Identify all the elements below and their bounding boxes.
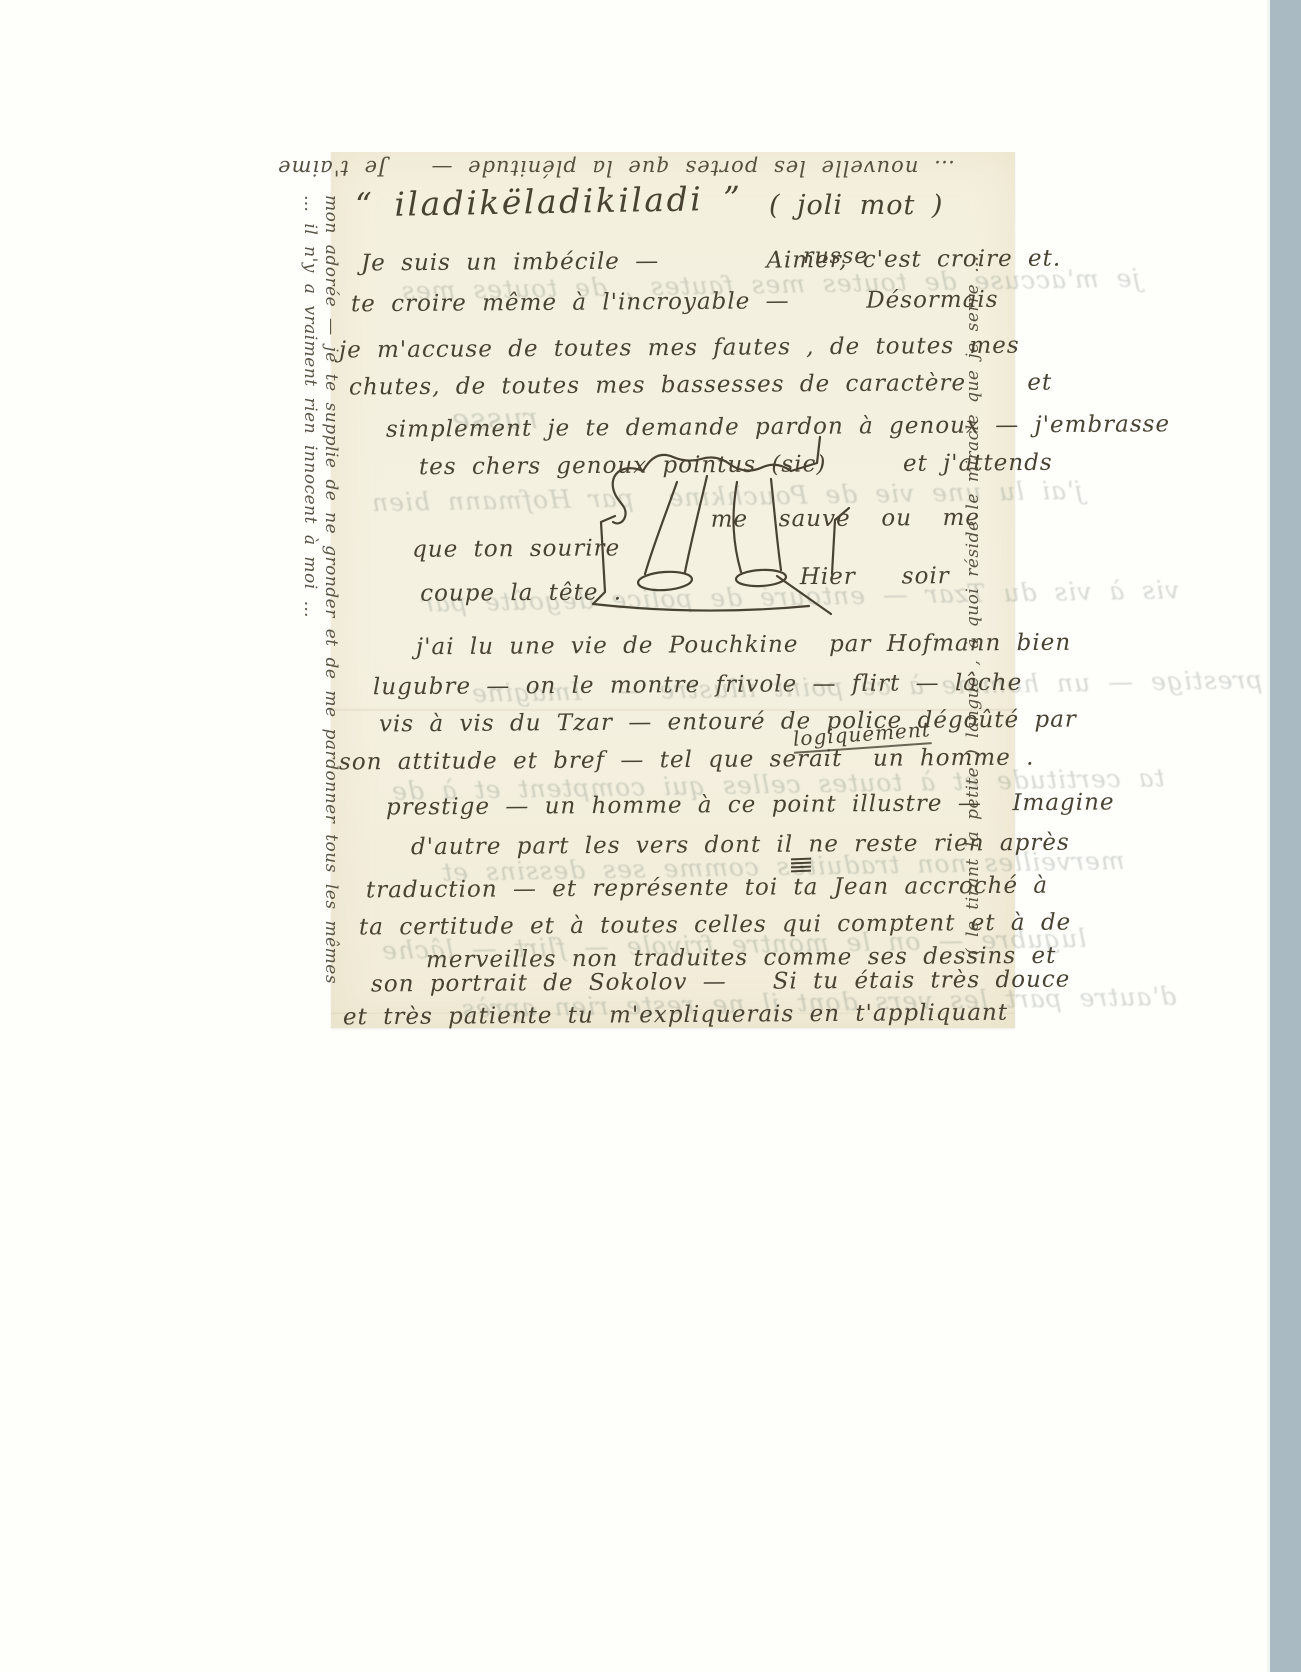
right-margin-note: ( le tirant la petite ) langue , à quoi … bbox=[963, 255, 984, 955]
upside-down-closing-line: … nouvelle les portes que la plénitude —… bbox=[337, 156, 955, 180]
letter-line: je m'accuse de toutes mes fautes , de to… bbox=[339, 331, 1020, 366]
hatch-scribble bbox=[791, 856, 811, 874]
letter-line: te croire même à l'incroyable — Désormai… bbox=[351, 285, 999, 320]
letter-line: chutes, de toutes mes bassesses de carac… bbox=[349, 368, 1052, 403]
letter-line: traduction — et représente toi ta Jean a… bbox=[366, 871, 1048, 906]
letter-line: son portrait de Sokolov — Si tu étais tr… bbox=[371, 965, 1071, 1000]
heading-word: “ iladikëladikiladi ” bbox=[355, 179, 743, 225]
letter-line: son attitude et bref — tel que serait un… bbox=[339, 743, 1035, 778]
heading-aside: ( joli mot ) bbox=[769, 190, 943, 221]
letter-line: et très patiente tu m'expliquerais en t'… bbox=[343, 998, 1008, 1033]
letter-line: lugubre — on le montre frivole — flirt —… bbox=[373, 668, 1022, 703]
knees-doodle bbox=[581, 424, 871, 624]
letter-line: prestige — un homme à ce point illustre … bbox=[386, 787, 1115, 822]
left-margin-note: mon adorée — je te supplie de ne gronder… bbox=[299, 195, 341, 987]
letter-paper: je m'accuse de toutes mes fautes , de to… bbox=[331, 152, 1015, 1028]
right-edge-stripe bbox=[1267, 0, 1301, 1672]
letter-line: Je suis un imbécile — Aimer, c'est croir… bbox=[361, 244, 1061, 279]
